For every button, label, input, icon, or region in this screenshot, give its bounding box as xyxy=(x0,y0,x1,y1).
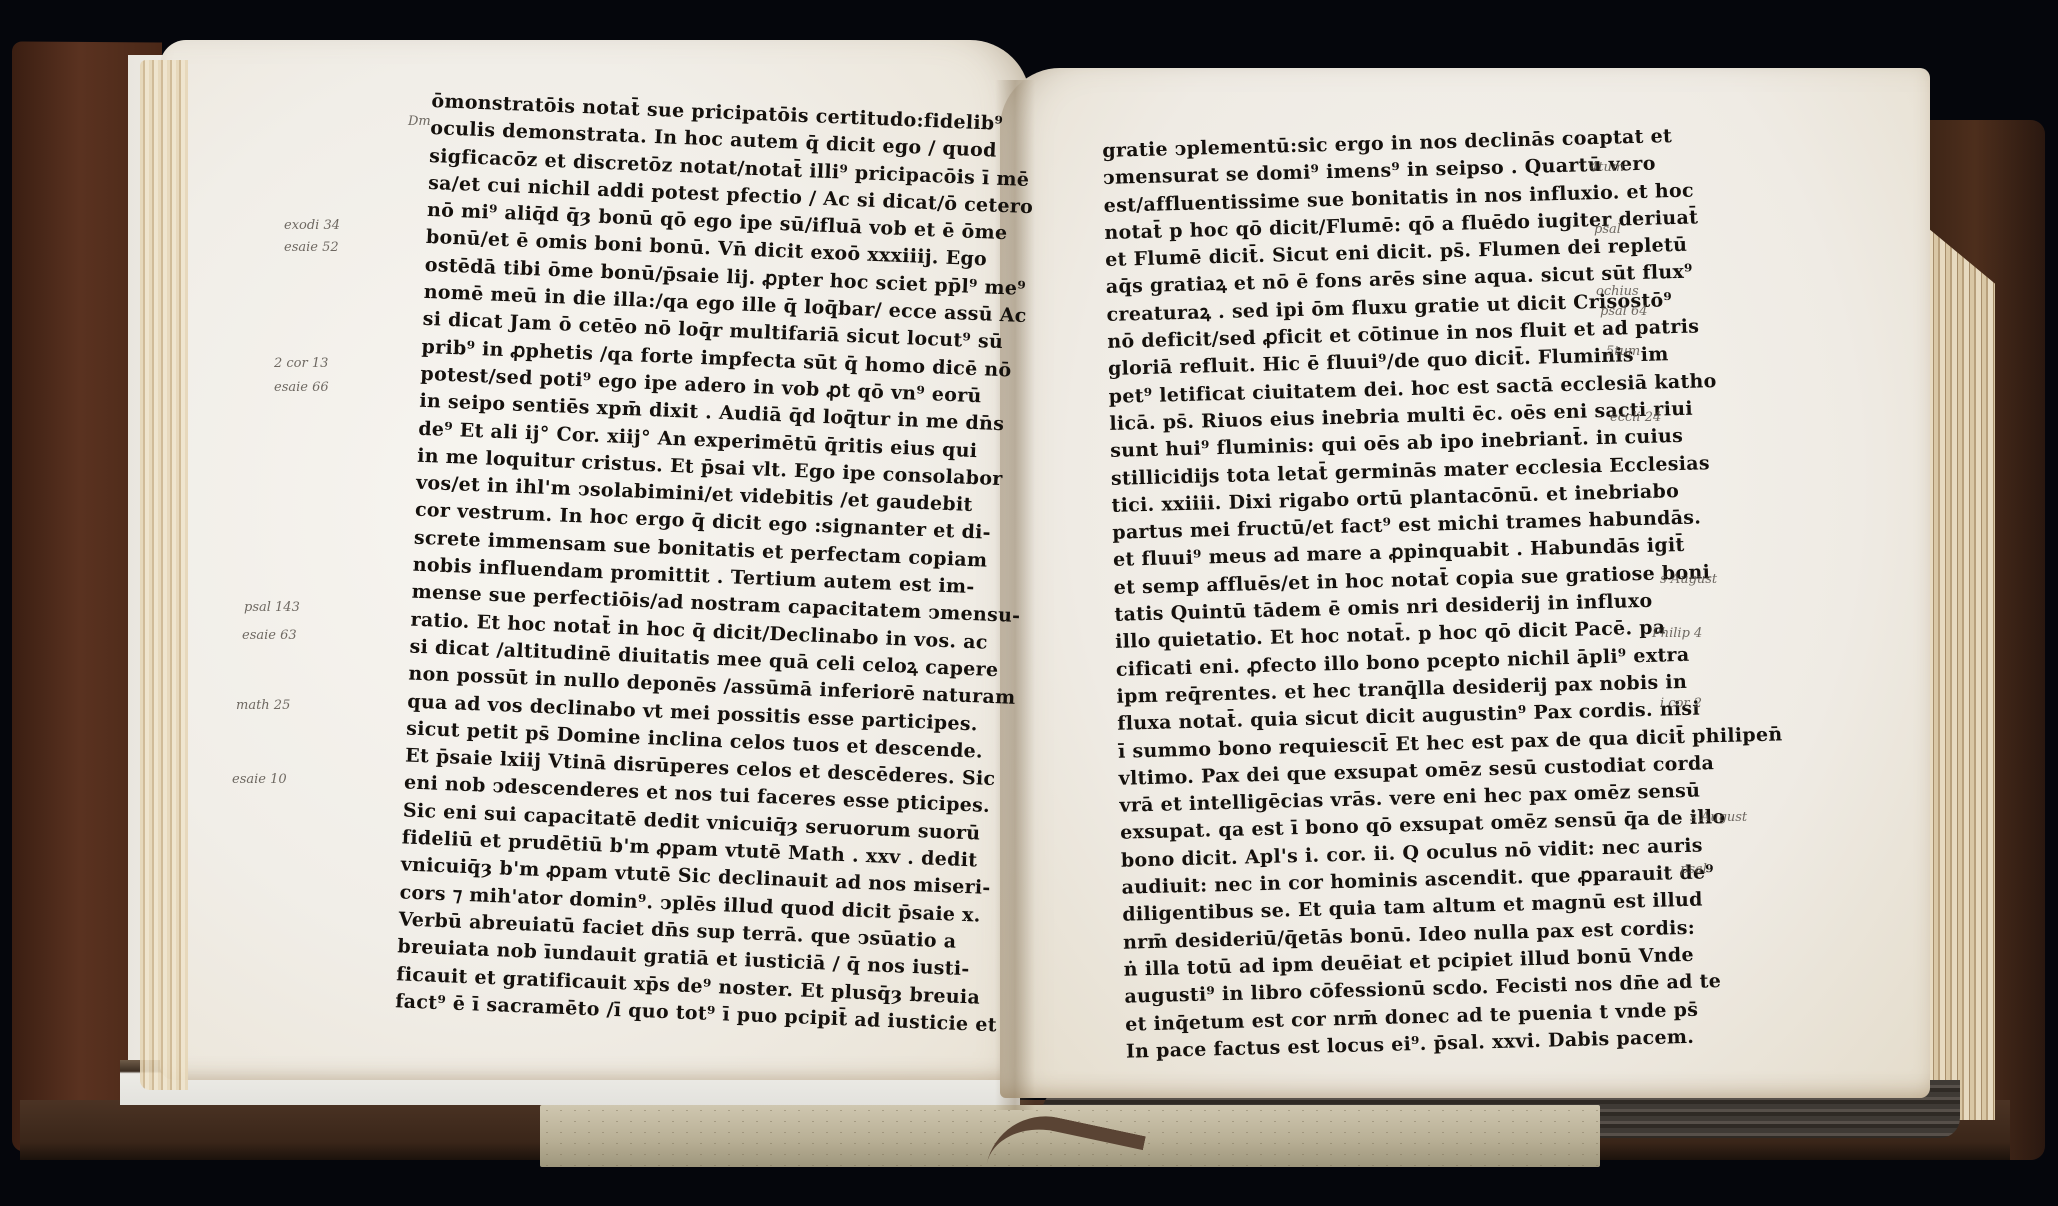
marginal-note: esaie 52 xyxy=(284,240,339,255)
marginal-note: ochius xyxy=(1596,284,1639,299)
marginal-note: esaie 10 xyxy=(232,772,287,787)
marginal-note: s August xyxy=(1660,572,1717,587)
marginal-note: esaie 63 xyxy=(242,628,297,643)
marginal-note: 5tum xyxy=(1606,344,1640,359)
marginal-note: Philip 4 xyxy=(1652,626,1702,641)
marginal-note: psal 143 xyxy=(244,600,300,615)
marginal-note: esaie 66 xyxy=(274,380,329,395)
marginal-note: psal 64 xyxy=(1600,304,1648,319)
left-page-stack-edge xyxy=(140,60,188,1090)
marginal-note: psal xyxy=(1680,862,1707,877)
marginal-note: math 25 xyxy=(236,698,290,713)
marginal-note: s August xyxy=(1690,810,1747,825)
marginal-note: eccli 24 xyxy=(1610,410,1661,425)
marginal-note: Dm xyxy=(408,114,431,129)
marginal-note: 4tum xyxy=(1590,160,1624,175)
marginal-note: exodi 34 xyxy=(284,218,340,233)
marginal-note: i cor 2 xyxy=(1660,696,1702,711)
left-page-text-block: ōmonstratōis notat̄ sue pricipatōis cert… xyxy=(395,88,1041,1040)
marginal-note: psal xyxy=(1594,222,1621,237)
marginal-note: 2 cor 13 xyxy=(274,356,328,371)
right-page-text-block: gratie ↄplementū:sic ergo in nos declinā… xyxy=(1102,121,1791,1066)
